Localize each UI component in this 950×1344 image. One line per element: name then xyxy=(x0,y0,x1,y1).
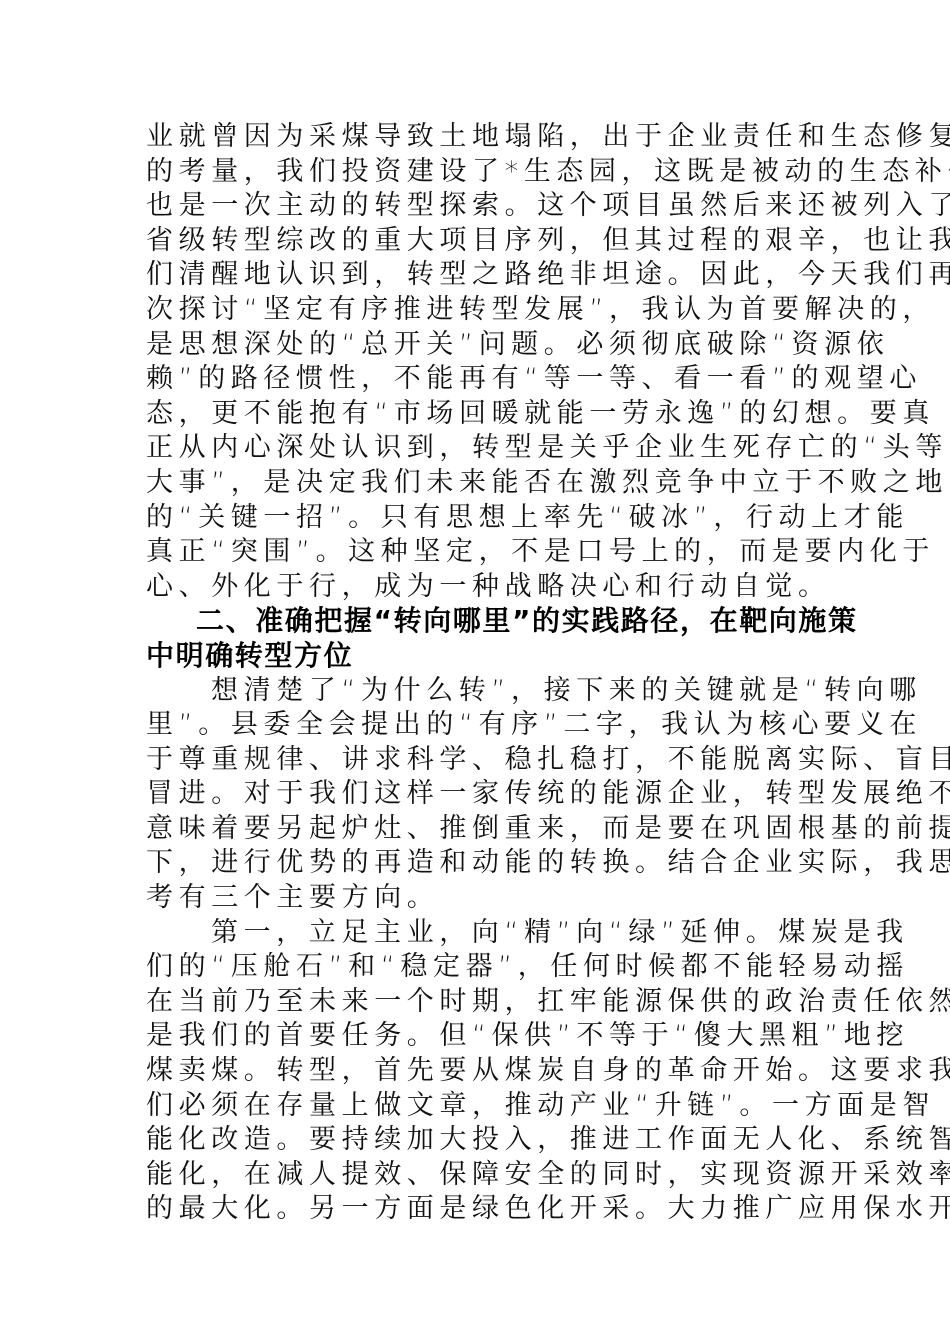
text-line: 心、外化于行，成为一种战略决心和行动自觉。 xyxy=(146,570,826,605)
document-page: 业就曾因为采煤导致土地塌陷，出于企业责任和生态修复 的考量，我们投资建设了*生态… xyxy=(146,120,826,1227)
text-line: 们清醒地认识到，转型之路绝非坦途。因此，今天我们再 xyxy=(146,258,826,293)
paragraph-body: 第一，立足主业，向“精”向“绿”延伸。煤炭是我 们的“压舱石”和“稳定器”，任何… xyxy=(146,916,826,1227)
text-line: 考有三个主要方向。 xyxy=(146,881,826,916)
text-line: 次探讨“坚定有序推进转型发展”，我认为首要解决的， xyxy=(146,293,826,328)
text-line: 赖”的路径惯性，不能再有“等一等、看一看”的观望心 xyxy=(146,362,826,397)
text-line: 正从内心深处认识到，转型是关乎企业生死存亡的“头等 xyxy=(146,431,826,466)
text-line: 能化，在减人提效、保障安全的同时，实现资源开采效率 xyxy=(146,1158,826,1193)
text-line: 是思想深处的“总开关”问题。必须彻底破除“资源依 xyxy=(146,328,826,363)
text-line: 的“关键一招”。只有思想上率先“破冰”，行动上才能 xyxy=(146,501,826,536)
paragraph-continuation: 业就曾因为采煤导致土地塌陷，出于企业责任和生态修复 的考量，我们投资建设了*生态… xyxy=(146,120,826,604)
text-line: 在当前乃至未来一个时期，扛牢能源保供的政治责任依然 xyxy=(146,985,826,1020)
text-line: 能化改造。要持续加大投入，推进工作面无人化、系统智 xyxy=(146,1123,826,1158)
text-line: 想清楚了“为什么转”，接下来的关键就是“转向哪 xyxy=(146,674,826,709)
text-line: 意味着要另起炉灶、推倒重来，而是要在巩固根基的前提 xyxy=(146,812,826,847)
section-heading: 二、准确把握“转向哪里”的实践路径，在靶向施策 中明确转型方位 xyxy=(146,604,826,673)
text-line: 煤卖煤。转型，首先要从煤炭自身的革命开始。这要求我 xyxy=(146,1054,826,1089)
text-line: 下，进行优势的再造和动能的转换。结合企业实际，我思 xyxy=(146,846,826,881)
paragraph-body: 想清楚了“为什么转”，接下来的关键就是“转向哪 里”。县委全会提出的“有序”二字… xyxy=(146,674,826,916)
text-line: 真正“突围”。这种坚定，不是口号上的，而是要内化于 xyxy=(146,535,826,570)
text-line: 态，更不能抱有“市场回暖就能一劳永逸”的幻想。要真 xyxy=(146,397,826,432)
text-line: 大事”，是决定我们未来能否在激烈竞争中立于不败之地 xyxy=(146,466,826,501)
text-line: 里”。县委全会提出的“有序”二字，我认为核心要义在 xyxy=(146,708,826,743)
text-line: 也是一次主动的转型探索。这个项目虽然后来还被列入了 xyxy=(146,189,826,224)
text-line: 是我们的首要任务。但“保供”不等于“傻大黑粗”地挖 xyxy=(146,1019,826,1054)
text-line: 的考量，我们投资建设了*生态园，这既是被动的生态补偿， xyxy=(146,155,826,190)
text-line: 冒进。对于我们这样一家传统的能源企业，转型发展绝不 xyxy=(146,777,826,812)
text-line: 们必须在存量上做文章，推动产业“升链”。一方面是智 xyxy=(146,1089,826,1124)
text-line: 于尊重规律、讲求科学、稳扎稳打，不能脱离实际、盲目 xyxy=(146,743,826,778)
text-line: 第一，立足主业，向“精”向“绿”延伸。煤炭是我 xyxy=(146,916,826,951)
heading-line: 中明确转型方位 xyxy=(146,639,826,674)
text-line: 省级转型综改的重大项目序列，但其过程的艰辛，也让我 xyxy=(146,224,826,259)
heading-line: 二、准确把握“转向哪里”的实践路径，在靶向施策 xyxy=(146,604,826,639)
text-line: 们的“压舱石”和“稳定器”，任何时候都不能轻易动摇 xyxy=(146,950,826,985)
text-line: 业就曾因为采煤导致土地塌陷，出于企业责任和生态修复 xyxy=(146,120,826,155)
text-line: 的最大化。另一方面是绿色化开采。大力推广应用保水开 xyxy=(146,1192,826,1227)
